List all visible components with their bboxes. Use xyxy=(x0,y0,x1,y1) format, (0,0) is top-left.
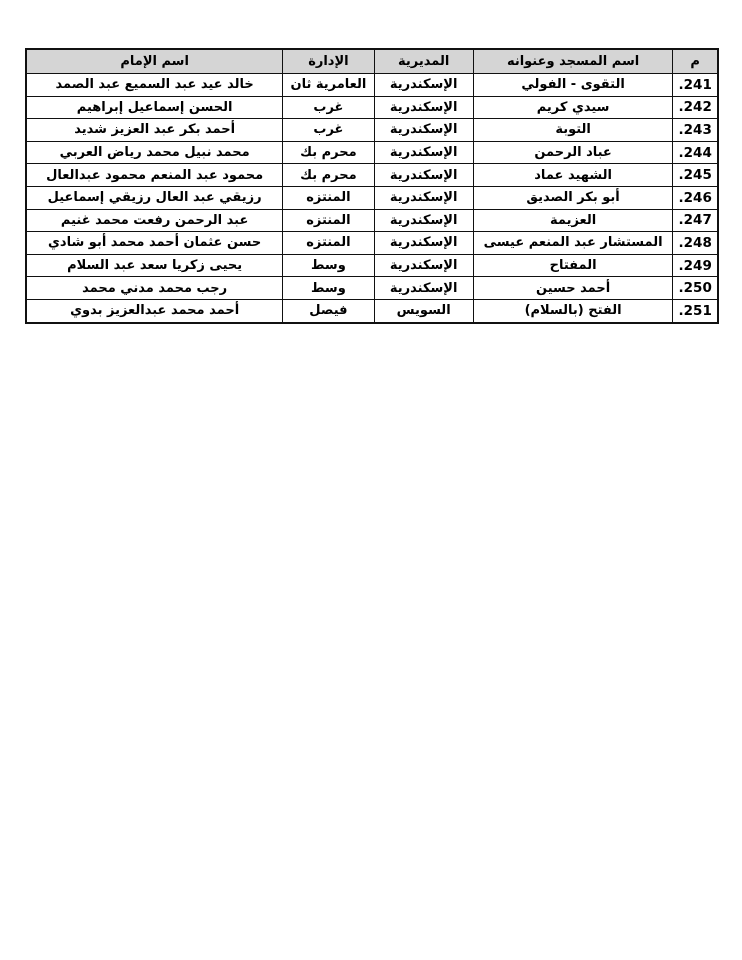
administration-cell: فيصل xyxy=(283,299,374,322)
administration-cell: المنتزه xyxy=(283,209,374,232)
administration-cell: وسط xyxy=(283,254,374,277)
directorate-cell: الإسكندرية xyxy=(374,277,473,300)
mosque-name-cell: أبو بكر الصديق xyxy=(473,186,673,209)
table-row: .250 أحمد حسين الإسكندرية وسط رجب محمد م… xyxy=(26,277,718,300)
administration-cell: محرم بك xyxy=(283,141,374,164)
table-row: .247 العزيمة الإسكندرية المنتزه عبد الرح… xyxy=(26,209,718,232)
table-row: .245 الشهيد عماد الإسكندرية محرم بك محمو… xyxy=(26,164,718,187)
row-number-cell: .248 xyxy=(673,232,718,255)
col-header-administration: الإدارة xyxy=(283,49,374,74)
directorate-cell: الإسكندرية xyxy=(374,164,473,187)
imam-name-cell: محمود عبد المنعم محمود عبدالعال xyxy=(26,164,283,187)
mosque-name-cell: الشهيد عماد xyxy=(473,164,673,187)
col-header-directorate: المديرية xyxy=(374,49,473,74)
table-row: .244 عباد الرحمن الإسكندرية محرم بك محمد… xyxy=(26,141,718,164)
row-number-cell: .247 xyxy=(673,209,718,232)
imam-name-cell: أحمد بكر عبد العزيز شديد xyxy=(26,119,283,142)
mosque-name-cell: المفتاح xyxy=(473,254,673,277)
table-row: .249 المفتاح الإسكندرية وسط يحيى زكريا س… xyxy=(26,254,718,277)
mosque-imam-table: م اسم المسجد وعنوانه المديرية الإدارة اس… xyxy=(25,48,719,324)
imam-name-cell: محمد نبيل محمد رياض العربي xyxy=(26,141,283,164)
row-number-cell: .241 xyxy=(673,74,718,97)
directorate-cell: الإسكندرية xyxy=(374,141,473,164)
administration-cell: العامرية ثان xyxy=(283,74,374,97)
table-row: .241 التقوى - الفولي الإسكندرية العامرية… xyxy=(26,74,718,97)
imam-name-cell: أحمد محمد عبدالعزيز بدوي xyxy=(26,299,283,322)
table-row: .243 التوبة الإسكندرية غرب أحمد بكر عبد … xyxy=(26,119,718,142)
imam-name-cell: رزيقي عبد العال رزيقي إسماعيل xyxy=(26,186,283,209)
directorate-cell: الإسكندرية xyxy=(374,119,473,142)
document-page: م اسم المسجد وعنوانه المديرية الإدارة اس… xyxy=(0,0,742,960)
col-header-mosque-name: اسم المسجد وعنوانه xyxy=(473,49,673,74)
row-number-cell: .251 xyxy=(673,299,718,322)
table-row: .251 الفتح (بالسلام) السويس فيصل أحمد مح… xyxy=(26,299,718,322)
row-number-cell: .242 xyxy=(673,96,718,119)
directorate-cell: الإسكندرية xyxy=(374,186,473,209)
administration-cell: وسط xyxy=(283,277,374,300)
imam-name-cell: رجب محمد مدني محمد xyxy=(26,277,283,300)
imam-name-cell: الحسن إسماعيل إبراهيم xyxy=(26,96,283,119)
mosque-name-cell: المستشار عبد المنعم عيسى xyxy=(473,232,673,255)
administration-cell: غرب xyxy=(283,96,374,119)
directorate-cell: الإسكندرية xyxy=(374,209,473,232)
col-header-imam-name: اسم الإمام xyxy=(26,49,283,74)
mosque-name-cell: الفتح (بالسلام) xyxy=(473,299,673,322)
row-number-cell: .243 xyxy=(673,119,718,142)
row-number-cell: .249 xyxy=(673,254,718,277)
administration-cell: المنتزه xyxy=(283,232,374,255)
row-number-cell: .250 xyxy=(673,277,718,300)
table-row: .248 المستشار عبد المنعم عيسى الإسكندرية… xyxy=(26,232,718,255)
mosque-name-cell: التقوى - الفولي xyxy=(473,74,673,97)
administration-cell: غرب xyxy=(283,119,374,142)
mosque-name-cell: التوبة xyxy=(473,119,673,142)
header-row: م اسم المسجد وعنوانه المديرية الإدارة اس… xyxy=(26,49,718,74)
directorate-cell: الإسكندرية xyxy=(374,96,473,119)
row-number-cell: .246 xyxy=(673,186,718,209)
mosque-name-cell: عباد الرحمن xyxy=(473,141,673,164)
imam-name-cell: خالد عيد عبد السميع عبد الصمد xyxy=(26,74,283,97)
table-row: .246 أبو بكر الصديق الإسكندرية المنتزه ر… xyxy=(26,186,718,209)
directorate-cell: الإسكندرية xyxy=(374,232,473,255)
table-row: .242 سيدي كريم الإسكندرية غرب الحسن إسما… xyxy=(26,96,718,119)
directorate-cell: السويس xyxy=(374,299,473,322)
mosque-name-cell: العزيمة xyxy=(473,209,673,232)
mosque-name-cell: أحمد حسين xyxy=(473,277,673,300)
directorate-cell: الإسكندرية xyxy=(374,254,473,277)
row-number-cell: .244 xyxy=(673,141,718,164)
row-number-cell: .245 xyxy=(673,164,718,187)
imam-name-cell: يحيى زكريا سعد عبد السلام xyxy=(26,254,283,277)
table-body: .241 التقوى - الفولي الإسكندرية العامرية… xyxy=(26,74,718,323)
imam-name-cell: عبد الرحمن رفعت محمد غنيم xyxy=(26,209,283,232)
directorate-cell: الإسكندرية xyxy=(374,74,473,97)
imam-name-cell: حسن عثمان أحمد محمد أبو شادي xyxy=(26,232,283,255)
administration-cell: محرم بك xyxy=(283,164,374,187)
administration-cell: المنتزه xyxy=(283,186,374,209)
col-header-number: م xyxy=(673,49,718,74)
mosque-name-cell: سيدي كريم xyxy=(473,96,673,119)
